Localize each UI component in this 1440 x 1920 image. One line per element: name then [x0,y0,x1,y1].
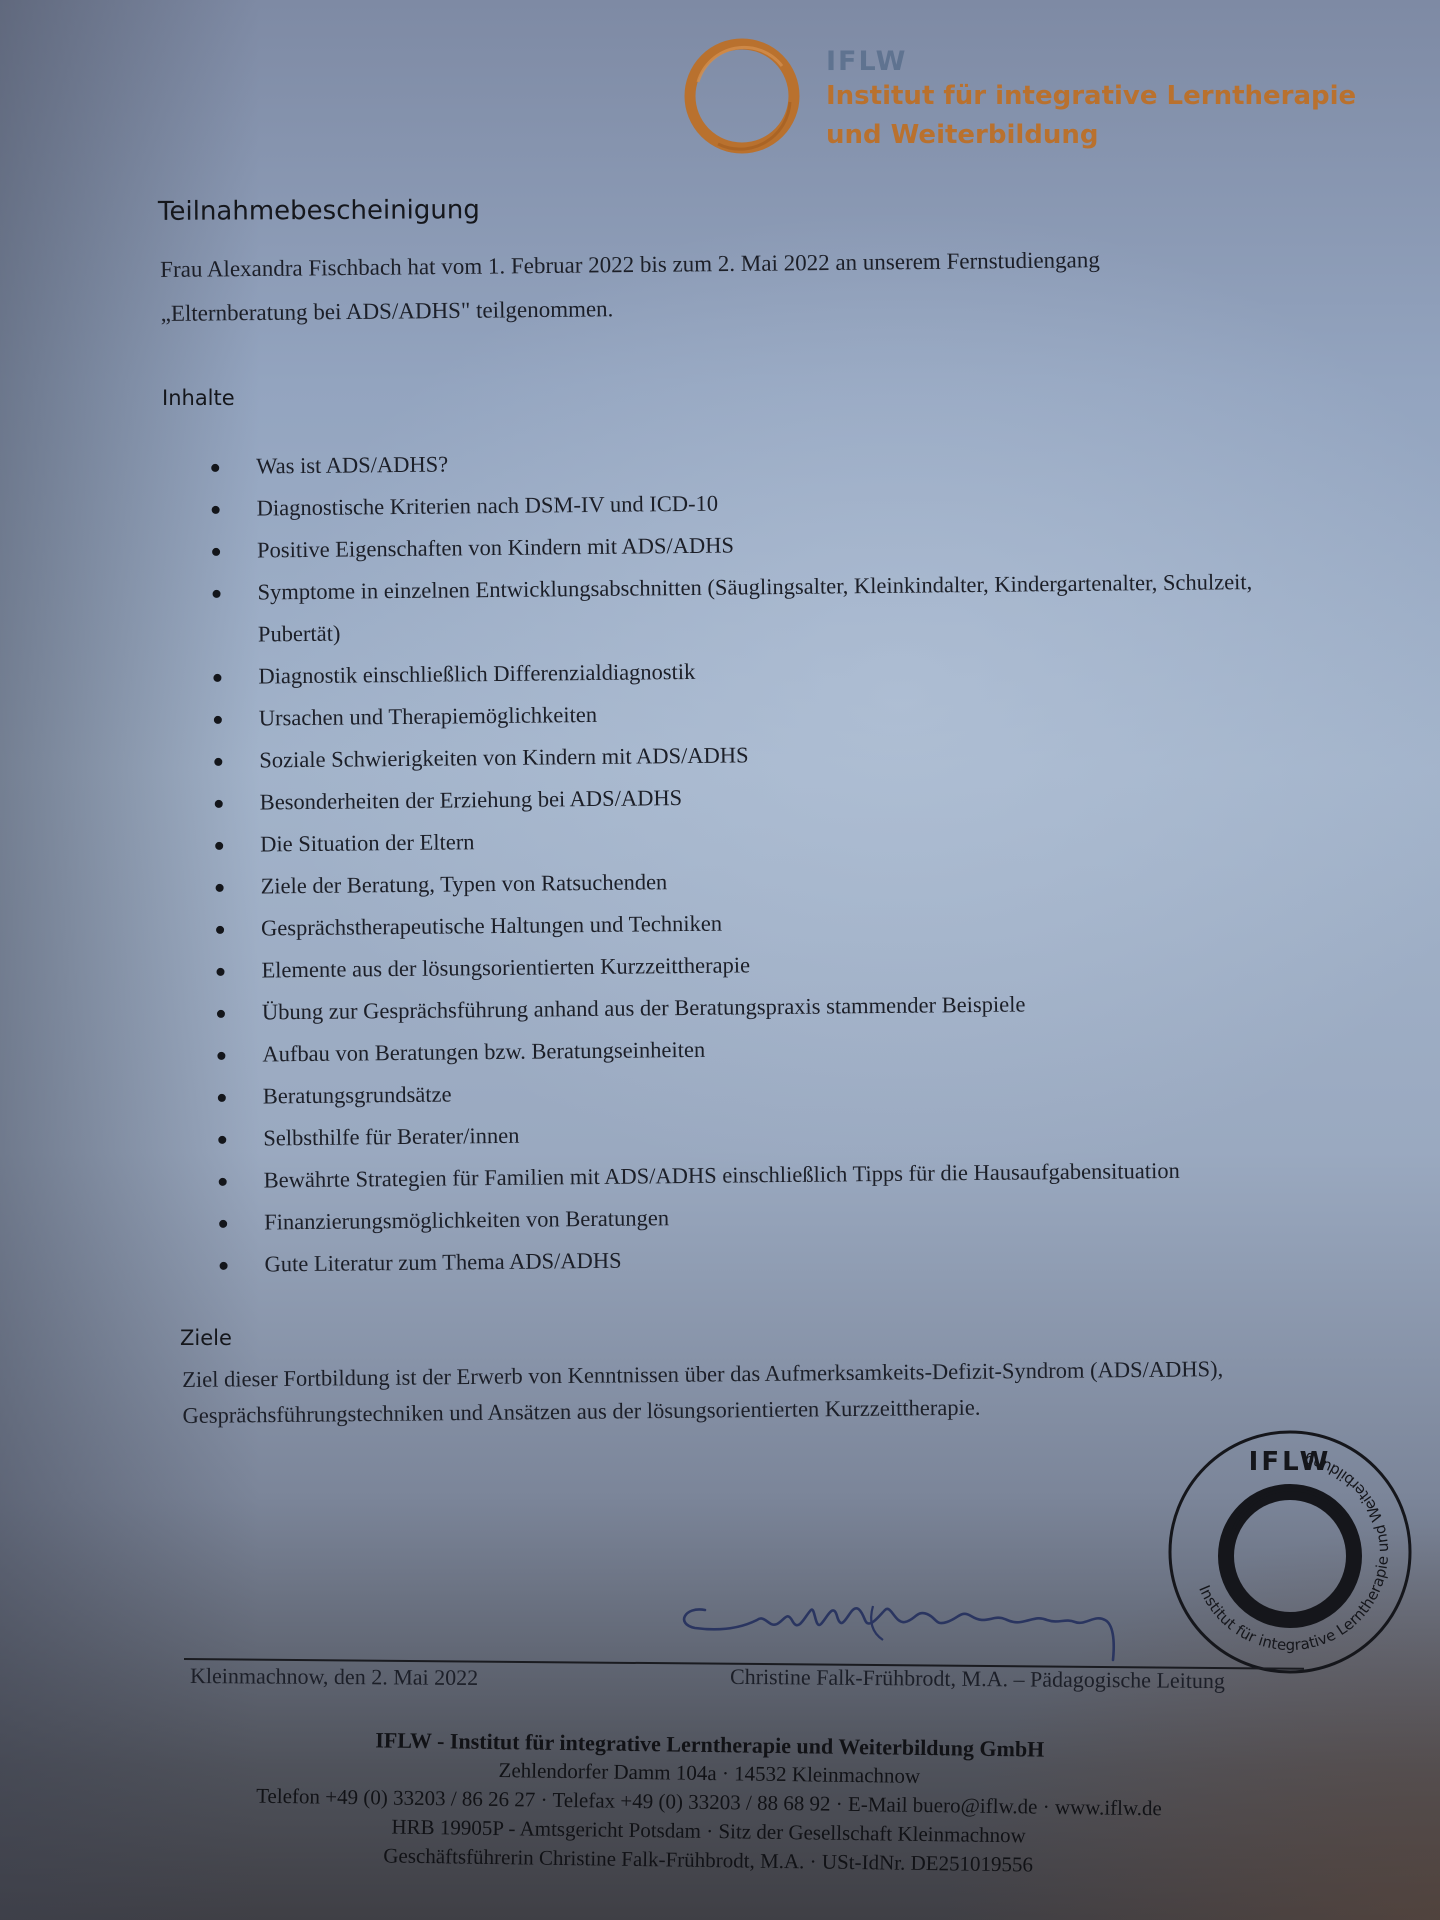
certificate-page: IFLW Institut für integrative Lerntherap… [0,0,1440,1920]
intro-paragraph: Frau Alexandra Fischbach hat vom 1. Febr… [160,237,1241,336]
logo-name-line-1: Institut für integrative Lerntherapie [826,77,1356,116]
document-title: Teilnahmebescheinigung [158,195,480,227]
institute-stamp-icon: IFLW Institut für integrative Lerntherap… [1162,1424,1418,1680]
logo-abbreviation: IFLW [826,46,1356,77]
contents-heading: Inhalte [162,386,235,410]
institute-logo-text: IFLW Institut für integrative Lerntherap… [826,46,1356,155]
handwritten-signature-icon [665,1580,1185,1670]
place-and-date: Kleinmachnow, den 2. Mai 2022 [190,1663,478,1691]
signer-name: Christine Falk-Frühbrodt, M.A. – Pädagog… [730,1664,1225,1694]
contents-list: Was ist ADS/ADHS? Diagnostische Kriterie… [208,434,1347,1286]
company-footer: IFLW - Institut für integrative Lernther… [138,1722,1280,1883]
goals-heading: Ziele [180,1326,232,1350]
goals-paragraph: Ziel dieser Fortbildung ist der Erwerb v… [182,1351,1263,1434]
orange-ring-logo-icon [678,32,806,160]
logo-name-line-2: und Weiterbildung [826,116,1356,155]
list-item: Symptome in einzelnen Entwicklungsabschn… [209,561,1258,656]
